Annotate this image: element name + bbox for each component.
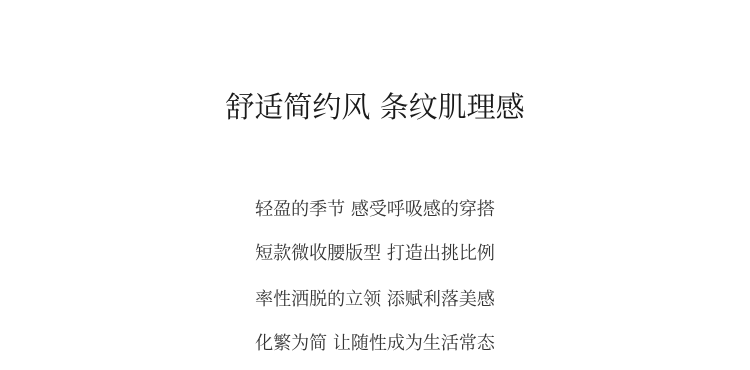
description-line-4: 化繁为简 让随性成为生活常态 [0, 332, 750, 356]
headline: 舒适简约风 条纹肌理感 [0, 89, 750, 125]
description-line-1: 轻盈的季节 感受呼吸感的穿搭 [0, 198, 750, 222]
description-line-3: 率性洒脱的立领 添赋利落美感 [0, 288, 750, 312]
description-line-2: 短款微收腰版型 打造出挑比例 [0, 242, 750, 266]
